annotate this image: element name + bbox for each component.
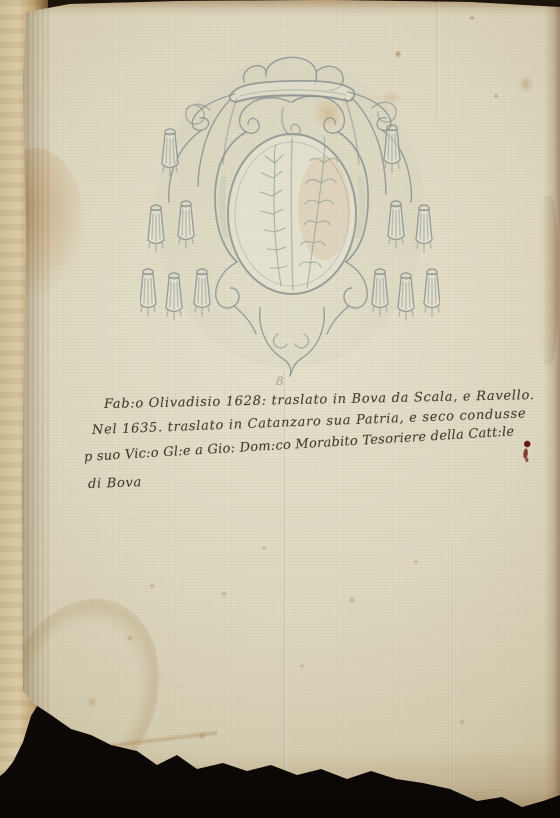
crease bbox=[451, 540, 455, 818]
crease bbox=[283, 370, 288, 775]
stain bbox=[0, 698, 560, 818]
ink-blot bbox=[520, 439, 533, 462]
bleed-through-mark: 8 bbox=[276, 374, 284, 388]
page-right-edge bbox=[544, 0, 560, 818]
photo-background: 8 Fab:o Olivadisio 1628: traslato in Bov… bbox=[0, 0, 560, 818]
inscription-line-4: di Bova bbox=[88, 475, 142, 492]
manuscript-page: 8 Fab:o Olivadisio 1628: traslato in Bov… bbox=[0, 0, 560, 818]
coat-of-arms-drawing bbox=[140, 38, 440, 378]
